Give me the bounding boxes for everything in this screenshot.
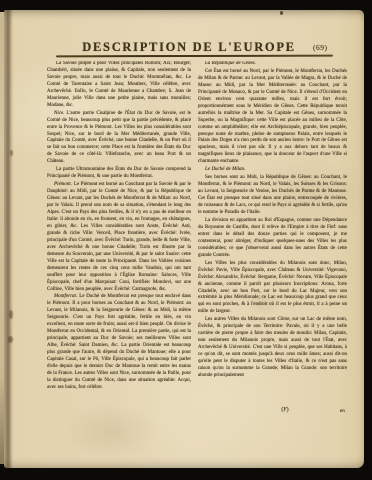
catchword: en: [340, 408, 345, 414]
paragraph-text: La Savoie propre a pour Villes principal…: [47, 61, 191, 108]
paragraph: La partie Ultramontaine des États du Duc…: [47, 167, 191, 181]
paragraph-text: Les Villes les plus considérables du Mil…: [198, 261, 347, 315]
paragraph: Montferrat.Le Duché de Montferrat est pr…: [47, 294, 191, 391]
paragraph-text: La division en appartient au Roi d'Espag…: [198, 218, 347, 258]
paragraph: Cet État est borné au Nord, par le Piémo…: [198, 69, 347, 166]
page-number: (69): [313, 43, 328, 52]
text-columns: La Savoie propre a pour Villes principal…: [47, 61, 347, 407]
ink-speck: [280, 11, 283, 15]
gutter-shadow: [4, 10, 13, 468]
paragraph: Piémont.Le Piémont est borné au Couchant…: [47, 182, 191, 293]
paragraph: Les Villes les plus considérables du Mil…: [198, 261, 347, 317]
paragraph-text: L'autre partie Cisalpine de l'État du Du…: [47, 111, 191, 165]
paragraph-text: La partie Ultramontaine des États du Duc…: [47, 167, 191, 179]
gutter-blot: [10, 150, 13, 156]
paragraph-text: Les autres Villes du Milanois sont Côme,…: [198, 317, 347, 378]
paragraph-text: Le Piémont est borné au Couchant par la …: [47, 182, 191, 291]
signature-mark: (F): [262, 407, 308, 413]
book-scan: DESCRIPTION DE L'EUROPE (69) La Savoie p…: [0, 0, 372, 480]
paragraph: La division en appartient au Roi d'Espag…: [198, 218, 347, 260]
section-heading-genes: La République de Gênes.: [198, 61, 347, 68]
paragraph-lead: Piémont.: [54, 182, 74, 187]
paragraph: Ses bornes sont au Midi, la République d…: [198, 175, 347, 217]
page-title: DESCRIPTION DE L'EUROPE: [82, 40, 295, 55]
gutter-blot: [8, 336, 13, 343]
page-header: DESCRIPTION DE L'EUROPE: [49, 38, 329, 56]
text-column-right: La République de Gênes. Cet État est bor…: [198, 61, 347, 407]
gutter-blot: [9, 310, 13, 319]
paragraph-lead: Montferrat.: [54, 294, 79, 299]
paragraph-text: Cet État est borné au Nord, par le Piémo…: [198, 69, 347, 164]
paragraph-lead: Nice.: [54, 111, 66, 116]
paragraph-text: Ses bornes sont au Midi, la République d…: [198, 175, 347, 215]
section-heading-milan: Le Duché de Milan.: [198, 167, 347, 174]
paragraph-text: Le Duché de Montferrat est presque tout …: [47, 294, 191, 389]
paragraph: La Savoie propre a pour Villes principal…: [47, 61, 191, 110]
paragraph: Les autres Villes du Milanois sont Côme,…: [198, 317, 347, 380]
text-column-left: La Savoie propre a pour Villes principal…: [47, 61, 191, 407]
paragraph: Nice.L'autre partie Cisalpine de l'État …: [47, 111, 191, 167]
